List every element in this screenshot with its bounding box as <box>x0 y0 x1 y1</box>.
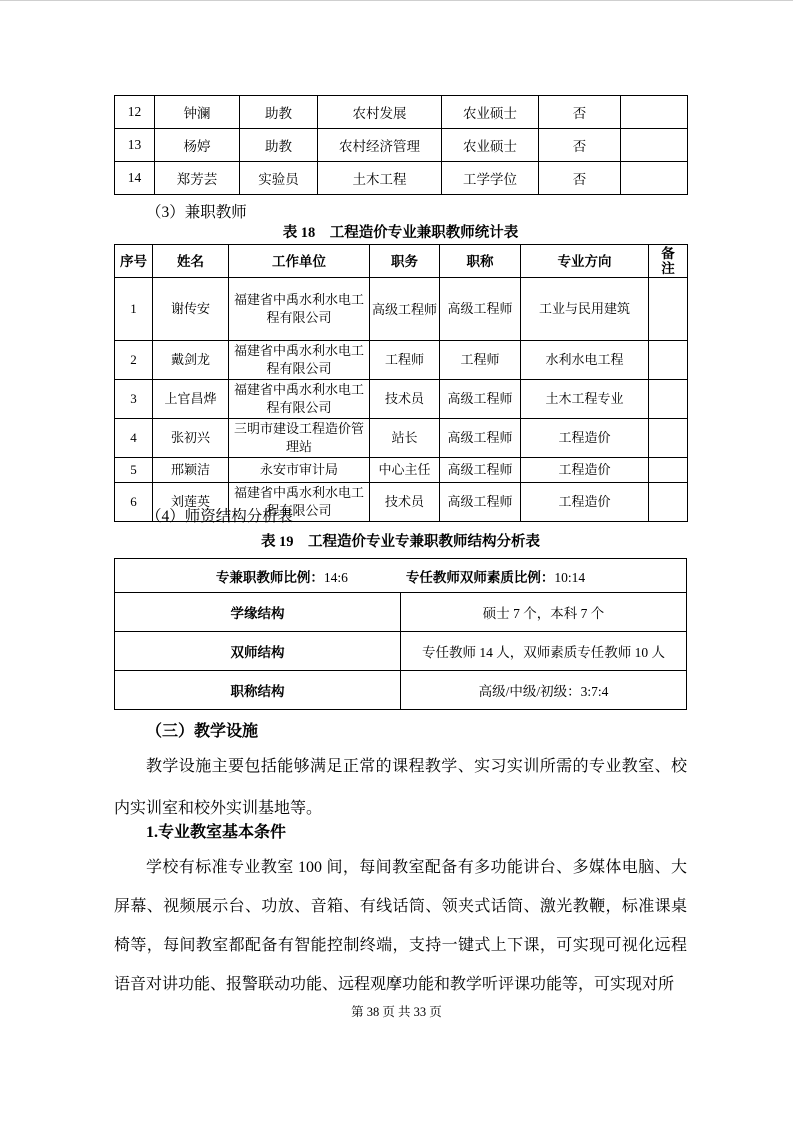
cell-note <box>621 96 688 129</box>
structure-value: 高级/中级/初级：3:7:4 <box>401 671 687 710</box>
section-c-heading: （三）教学设施 <box>114 718 687 741</box>
cell-duty: 助教 <box>240 129 318 162</box>
cell-major: 水利水电工程 <box>521 341 649 380</box>
table-row: 学缘结构 硕士 7 个，本科 7 个 <box>115 593 687 632</box>
cell-name: 谢传安 <box>153 278 229 341</box>
cell-seq: 13 <box>115 129 155 162</box>
cell-degree: 农业硕士 <box>442 96 539 129</box>
cell-duty: 中心主任 <box>370 458 440 483</box>
table-row: 专兼职教师比例：14:6 专任教师双师素质比例：10:14 <box>115 559 687 593</box>
cell-note <box>649 278 688 341</box>
header-duty: 职务 <box>370 245 440 278</box>
structure-label: 学缘结构 <box>115 593 401 632</box>
teacher-structure-table: 专兼职教师比例：14:6 专任教师双师素质比例：10:14 学缘结构 硕士 7 … <box>114 558 687 710</box>
cell-seq: 1 <box>115 278 153 341</box>
cell-flag: 否 <box>539 162 621 195</box>
cell-duty: 实验员 <box>240 162 318 195</box>
cell-name: 邢颖洁 <box>153 458 229 483</box>
cell-note <box>621 129 688 162</box>
header-name: 姓名 <box>153 245 229 278</box>
paragraph: 教学设施主要包括能够满足正常的课程教学、实习实训所需的专业教室、校内实训室和校外… <box>114 746 687 830</box>
cell-seq: 3 <box>115 380 153 419</box>
fulltime-teacher-table-continued: 12 钟澜 助教 农村发展 农业硕士 否 13 杨婷 助教 农村经济管理 农业硕… <box>114 95 688 195</box>
table-row: 2 戴剑龙 福建省中禹水利水电工程有限公司 工程师 工程师 水利水电工程 <box>115 341 688 380</box>
table-row: 4 张初兴 三明市建设工程造价管理站 站长 高级工程师 工程造价 <box>115 419 688 458</box>
cell-name: 戴剑龙 <box>153 341 229 380</box>
header-note: 备注 <box>649 245 688 278</box>
document-page: 12 钟澜 助教 农村发展 农业硕士 否 13 杨婷 助教 农村经济管理 农业硕… <box>0 0 793 1122</box>
cell-duty: 高级工程师 <box>370 278 440 341</box>
parttime-teacher-table: 序号 姓名 工作单位 职务 职称 专业方向 备注 1 谢传安 福建省中禹水利水电… <box>114 244 688 522</box>
table-header-row: 序号 姓名 工作单位 职务 职称 专业方向 备注 <box>115 245 688 278</box>
cell-title: 高级工程师 <box>440 278 521 341</box>
cell-seq: 4 <box>115 419 153 458</box>
table-row: 1 谢传安 福建省中禹水利水电工程有限公司 高级工程师 高级工程师 工业与民用建… <box>115 278 688 341</box>
cell-unit: 福建省中禹水利水电工程有限公司 <box>229 380 370 419</box>
table-18-title: 表 18 工程造价专业兼职教师统计表 <box>114 221 687 242</box>
cell-name: 上官昌烨 <box>153 380 229 419</box>
cell-major: 农村发展 <box>318 96 442 129</box>
cell-unit: 福建省中禹水利水电工程有限公司 <box>229 278 370 341</box>
cell-title: 工程师 <box>440 341 521 380</box>
cell-title: 高级工程师 <box>440 419 521 458</box>
cell-duty: 站长 <box>370 419 440 458</box>
page-top-border <box>0 0 793 1</box>
cell-title: 高级工程师 <box>440 380 521 419</box>
cell-duty: 助教 <box>240 96 318 129</box>
cell-degree: 工学学位 <box>442 162 539 195</box>
cell-seq: 14 <box>115 162 155 195</box>
cell-seq: 5 <box>115 458 153 483</box>
cell-name: 杨婷 <box>155 129 240 162</box>
cell-name: 郑芳芸 <box>155 162 240 195</box>
table-19-title: 表 19 工程造价专业专兼职教师结构分析表 <box>114 530 687 551</box>
cell-major: 土木工程专业 <box>521 380 649 419</box>
cell-seq: 12 <box>115 96 155 129</box>
structure-value: 专任教师 14 人，双师素质专任教师 10 人 <box>401 632 687 671</box>
cell-note <box>621 162 688 195</box>
ratio-item: 专任教师双师素质比例：10:14 <box>406 566 585 586</box>
cell-note <box>649 341 688 380</box>
cell-unit: 福建省中禹水利水电工程有限公司 <box>229 341 370 380</box>
cell-degree: 农业硕士 <box>442 129 539 162</box>
cell-flag: 否 <box>539 129 621 162</box>
paragraph: 学校有标准专业教室 100 间，每间教室配备有多功能讲台、多媒体电脑、大屏幕、视… <box>114 848 687 1004</box>
cell-name: 张初兴 <box>153 419 229 458</box>
table-row: 职称结构 高级/中级/初级：3:7:4 <box>115 671 687 710</box>
structure-label: 双师结构 <box>115 632 401 671</box>
cell-note <box>649 458 688 483</box>
table-row: 12 钟澜 助教 农村发展 农业硕士 否 <box>115 96 688 129</box>
cell-unit: 永安市审计局 <box>229 458 370 483</box>
section-4-heading: （4）师资结构分析表 <box>114 504 687 526</box>
subsection-heading: 1.专业教室基本条件 <box>114 819 687 842</box>
cell-major: 工程造价 <box>521 419 649 458</box>
cell-note <box>649 380 688 419</box>
cell-flag: 否 <box>539 96 621 129</box>
table-row: 5 邢颖洁 永安市审计局 中心主任 高级工程师 工程造价 <box>115 458 688 483</box>
cell-major: 工程造价 <box>521 458 649 483</box>
structure-label: 职称结构 <box>115 671 401 710</box>
table-row: 3 上官昌烨 福建省中禹水利水电工程有限公司 技术员 高级工程师 土木工程专业 <box>115 380 688 419</box>
cell-major: 工业与民用建筑 <box>521 278 649 341</box>
cell-name: 钟澜 <box>155 96 240 129</box>
table-row: 14 郑芳芸 实验员 土木工程 工学学位 否 <box>115 162 688 195</box>
ratio-cell: 专兼职教师比例：14:6 专任教师双师素质比例：10:14 <box>115 559 687 593</box>
header-title: 职称 <box>440 245 521 278</box>
structure-value: 硕士 7 个，本科 7 个 <box>401 593 687 632</box>
cell-duty: 技术员 <box>370 380 440 419</box>
page-number: 第 38 页 共 33 页 <box>0 1002 793 1020</box>
cell-seq: 2 <box>115 341 153 380</box>
cell-unit: 三明市建设工程造价管理站 <box>229 419 370 458</box>
table-row: 13 杨婷 助教 农村经济管理 农业硕士 否 <box>115 129 688 162</box>
cell-major: 土木工程 <box>318 162 442 195</box>
header-seq: 序号 <box>115 245 153 278</box>
ratio-item: 专兼职教师比例：14:6 <box>216 566 348 586</box>
cell-major: 农村经济管理 <box>318 129 442 162</box>
table-row: 双师结构 专任教师 14 人，双师素质专任教师 10 人 <box>115 632 687 671</box>
cell-title: 高级工程师 <box>440 458 521 483</box>
cell-duty: 工程师 <box>370 341 440 380</box>
header-unit: 工作单位 <box>229 245 370 278</box>
cell-note <box>649 419 688 458</box>
header-major: 专业方向 <box>521 245 649 278</box>
section-3-heading: （3）兼职教师 <box>114 200 687 222</box>
